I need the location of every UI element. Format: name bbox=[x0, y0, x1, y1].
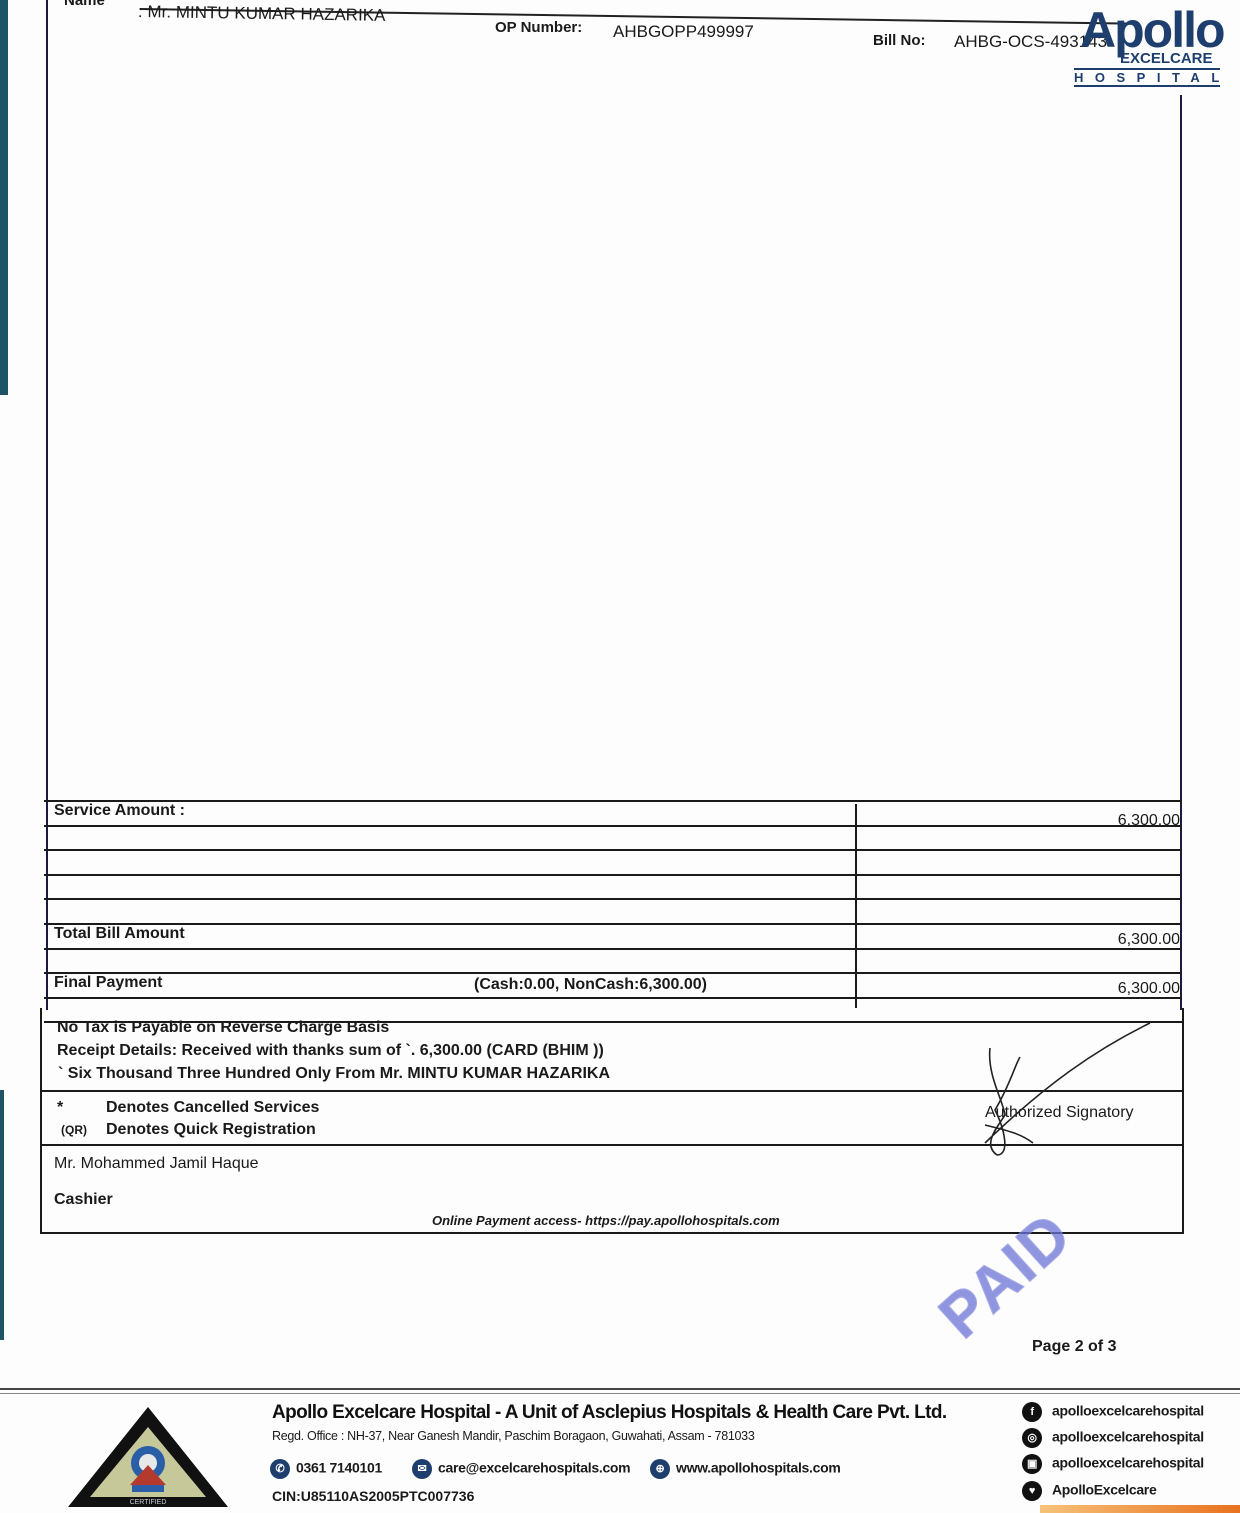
footer-website[interactable]: ⊕www.apollohospitals.com bbox=[650, 1459, 841, 1479]
row-label: Service Amount : bbox=[54, 802, 185, 820]
nabh-certified-badge-icon: CERTIFIED bbox=[66, 1405, 231, 1509]
instagram-icon: ◎ bbox=[1022, 1428, 1042, 1448]
table-row bbox=[44, 849, 1182, 874]
table-row: Total Bill Amount 6,300.00 bbox=[44, 923, 1182, 948]
row-label: Final Payment bbox=[54, 974, 162, 992]
op-number-label: OP Number: bbox=[495, 19, 582, 36]
facebook-icon: f bbox=[1022, 1402, 1042, 1422]
legend-qr-text: Denotes Quick Registration bbox=[106, 1121, 316, 1139]
footer-email[interactable]: ✉care@excelcarehospitals.com bbox=[412, 1459, 630, 1479]
phone-icon: ✆ bbox=[270, 1459, 290, 1479]
logo-hospital: HOSPITAL bbox=[1074, 68, 1220, 87]
footer-company-title: Apollo Excelcare Hospital - A Unit of As… bbox=[272, 1402, 947, 1424]
cashier-role: Cashier bbox=[54, 1191, 113, 1209]
phone-number: 0361 7140101 bbox=[296, 1460, 382, 1476]
social-instagram[interactable]: ◎apolloexcelcarehospital bbox=[1022, 1428, 1204, 1448]
legend-star-symbol: * bbox=[57, 1099, 63, 1117]
email-icon: ✉ bbox=[412, 1459, 432, 1479]
footer-rule bbox=[0, 1393, 1240, 1394]
table-row bbox=[44, 825, 1182, 850]
legend-qr-symbol: (QR) bbox=[61, 1123, 87, 1137]
twitter-icon: ♥ bbox=[1022, 1481, 1042, 1501]
table-row: Final Payment (Cash:0.00, NonCash:6,300.… bbox=[44, 972, 1182, 997]
website-url: www.apollohospitals.com bbox=[676, 1460, 841, 1476]
scan-edge bbox=[0, 1090, 4, 1340]
social-handle: apolloexcelcarehospital bbox=[1052, 1455, 1204, 1471]
footer-cin: CIN:U85110AS2005PTC007736 bbox=[272, 1488, 474, 1504]
table-row: Service Amount : 6,300.00 bbox=[44, 800, 1182, 825]
amounts-table: Service Amount : 6,300.00 Total Bill Amo… bbox=[44, 800, 1182, 1023]
name-label: Name bbox=[64, 0, 105, 9]
social-handle: ApolloExcelcare bbox=[1052, 1482, 1156, 1498]
row-amount: 6,300.00 bbox=[1118, 931, 1180, 949]
row-amount: 6,300.00 bbox=[1118, 980, 1180, 998]
receipt-details: Receipt Details: Received with thanks su… bbox=[57, 1042, 604, 1060]
globe-icon: ⊕ bbox=[650, 1459, 670, 1479]
footer-rule bbox=[0, 1388, 1240, 1390]
op-number-value: AHBGOPP499997 bbox=[613, 22, 754, 42]
signature-icon bbox=[975, 1015, 1155, 1160]
svg-text:CERTIFIED: CERTIFIED bbox=[130, 1499, 167, 1506]
email-address: care@excelcarehospitals.com bbox=[438, 1460, 630, 1476]
amount-in-words: ` Six Thousand Three Hundred Only From M… bbox=[58, 1065, 610, 1083]
apollo-logo: Apollo EXCELCARE HOSPITAL bbox=[1072, 0, 1222, 92]
table-row bbox=[44, 898, 1182, 923]
youtube-icon: ▣ bbox=[1022, 1454, 1042, 1474]
tax-note: No Tax is Payable on Reverse Charge Basi… bbox=[57, 1019, 389, 1037]
footer-phone[interactable]: ✆0361 7140101 bbox=[270, 1459, 382, 1479]
cashier-name: Mr. Mohammed Jamil Haque bbox=[54, 1155, 259, 1173]
footer-accent-stripe bbox=[1040, 1505, 1240, 1513]
legend-star-text: Denotes Cancelled Services bbox=[106, 1099, 319, 1117]
patient-name: : Mr. MINTU KUMAR HAZARIKA bbox=[138, 2, 386, 26]
online-payment-link[interactable]: Online Payment access- https://pay.apoll… bbox=[432, 1213, 780, 1228]
social-youtube[interactable]: ▣apolloexcelcarehospital bbox=[1022, 1454, 1204, 1474]
scan-edge bbox=[0, 0, 8, 395]
table-row bbox=[44, 874, 1182, 899]
social-facebook[interactable]: fapolloexcelcarehospital bbox=[1022, 1402, 1204, 1422]
logo-sub: EXCELCARE bbox=[1120, 50, 1213, 67]
footer-address: Regd. Office : NH-37, Near Ganesh Mandir… bbox=[272, 1429, 754, 1443]
payment-breakdown: (Cash:0.00, NonCash:6,300.00) bbox=[474, 976, 707, 994]
social-twitter[interactable]: ♥ApolloExcelcare bbox=[1022, 1481, 1156, 1501]
page-number: Page 2 of 3 bbox=[1032, 1338, 1116, 1356]
row-label: Total Bill Amount bbox=[54, 925, 185, 943]
social-handle: apolloexcelcarehospital bbox=[1052, 1403, 1204, 1419]
table-row bbox=[44, 948, 1182, 973]
social-handle: apolloexcelcarehospital bbox=[1052, 1429, 1204, 1445]
bill-number-label: Bill No: bbox=[873, 32, 926, 49]
